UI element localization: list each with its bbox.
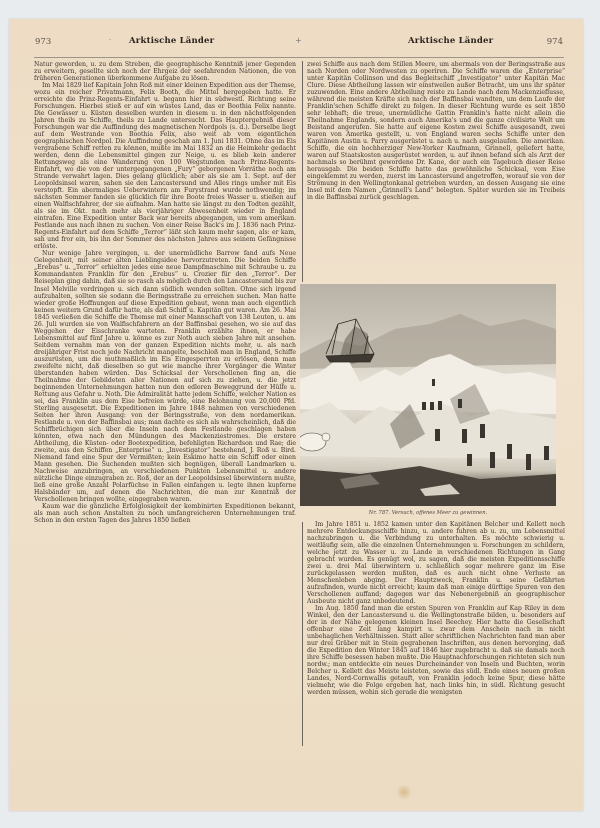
paragraph: zwei Schiffe aus nach dem Stillen Meere,… xyxy=(307,61,565,201)
column-divider xyxy=(302,61,303,282)
center-mark: + xyxy=(295,36,302,45)
paragraph: Im Jahre 1851 u. 1852 kamen unter den Ka… xyxy=(307,521,565,605)
right-text-column-bottom: Im Jahre 1851 u. 1852 kamen unter den Ka… xyxy=(307,521,565,696)
right-page-number: 974 xyxy=(547,37,563,47)
right-running-title: Arktische Länder xyxy=(408,36,493,46)
right-text-column-top: zwei Schiffe aus nach dem Stillen Meere,… xyxy=(307,61,565,201)
column-divider-lower xyxy=(302,522,303,746)
illustration-arctic-expedition xyxy=(300,284,556,506)
paragraph: Kaum war die gänzliche Erfolglosigkeit d… xyxy=(34,503,296,524)
paragraph: Natur geworden, u. zu dem Streben, die g… xyxy=(34,61,296,82)
header-rule xyxy=(34,57,564,58)
paragraph: Im Mai 1829 lief Kapitain John Roß mit e… xyxy=(34,82,296,250)
paragraph: Im Aug. 1850 fand man die ersten Spuren … xyxy=(307,605,565,696)
figure-caption: Nr. 787. Versuch, offenes Meer zu gewinn… xyxy=(300,510,556,516)
left-text-column: Natur geworden, u. zu dem Streben, die g… xyxy=(34,61,296,524)
paragraph: Nur wenige Jahre vergingen, u. der unerm… xyxy=(34,250,296,503)
page-header: 973 · Arktische Länder + Arktische Lände… xyxy=(33,33,563,53)
header-dot: · xyxy=(109,36,111,44)
engraving-image xyxy=(300,284,556,506)
left-running-title: Arktische Länder xyxy=(129,36,214,46)
left-page-number: 973 xyxy=(35,37,51,47)
